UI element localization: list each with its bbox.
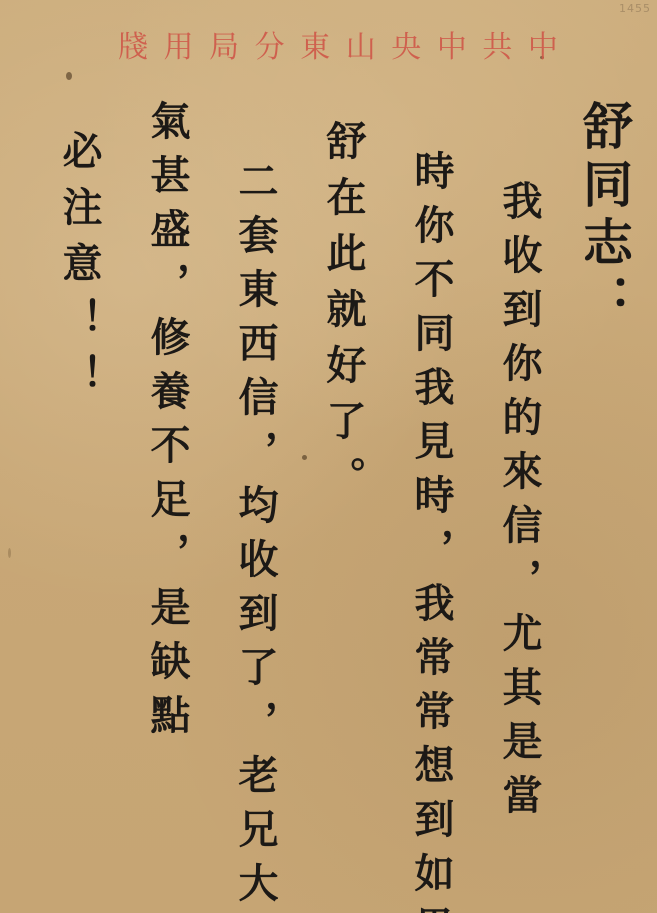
letterhead-char: 央 (391, 33, 421, 63)
letterhead-char: 局 (209, 33, 239, 63)
letterhead-char: 中 (528, 33, 558, 63)
letter-paper: 1455 中 共 中 央 山 東 分 局 用 牋 舒同志： 我收到你的來信，尤其… (0, 0, 657, 913)
ink-speck (66, 72, 72, 80)
letter-column: 舒在此就好了。 (275, 90, 363, 913)
ink-speck (8, 548, 11, 558)
letterhead-char: 分 (255, 33, 285, 63)
letter-column: 二套東西信，均收到了，老兄大 (187, 90, 275, 913)
salutation-column: 舒同志： (539, 90, 629, 913)
letter-column: 時你不同我見時，我常常想到如果老 (363, 90, 451, 913)
letter-column: 我收到你的來信，尤其是當 (451, 90, 539, 913)
letter-body: 舒同志： 我收到你的來信，尤其是當 時你不同我見時，我常常想到如果老 舒在此就好… (19, 90, 633, 913)
letterhead: 中 共 中 央 山 東 分 局 用 牋 (118, 28, 558, 68)
letter-column: 氣甚盛，修養不足，是缺點 (99, 90, 187, 913)
letterhead-char: 牋 (118, 33, 148, 63)
letterhead-char: 中 (437, 33, 467, 63)
letter-column: 必注意！！ (19, 90, 99, 913)
corner-pencil-mark: 1455 (619, 2, 651, 15)
letterhead-char: 山 (346, 33, 376, 63)
letterhead-char: 共 (482, 33, 512, 63)
letterhead-char: 東 (300, 33, 330, 63)
letterhead-char: 用 (164, 33, 194, 63)
